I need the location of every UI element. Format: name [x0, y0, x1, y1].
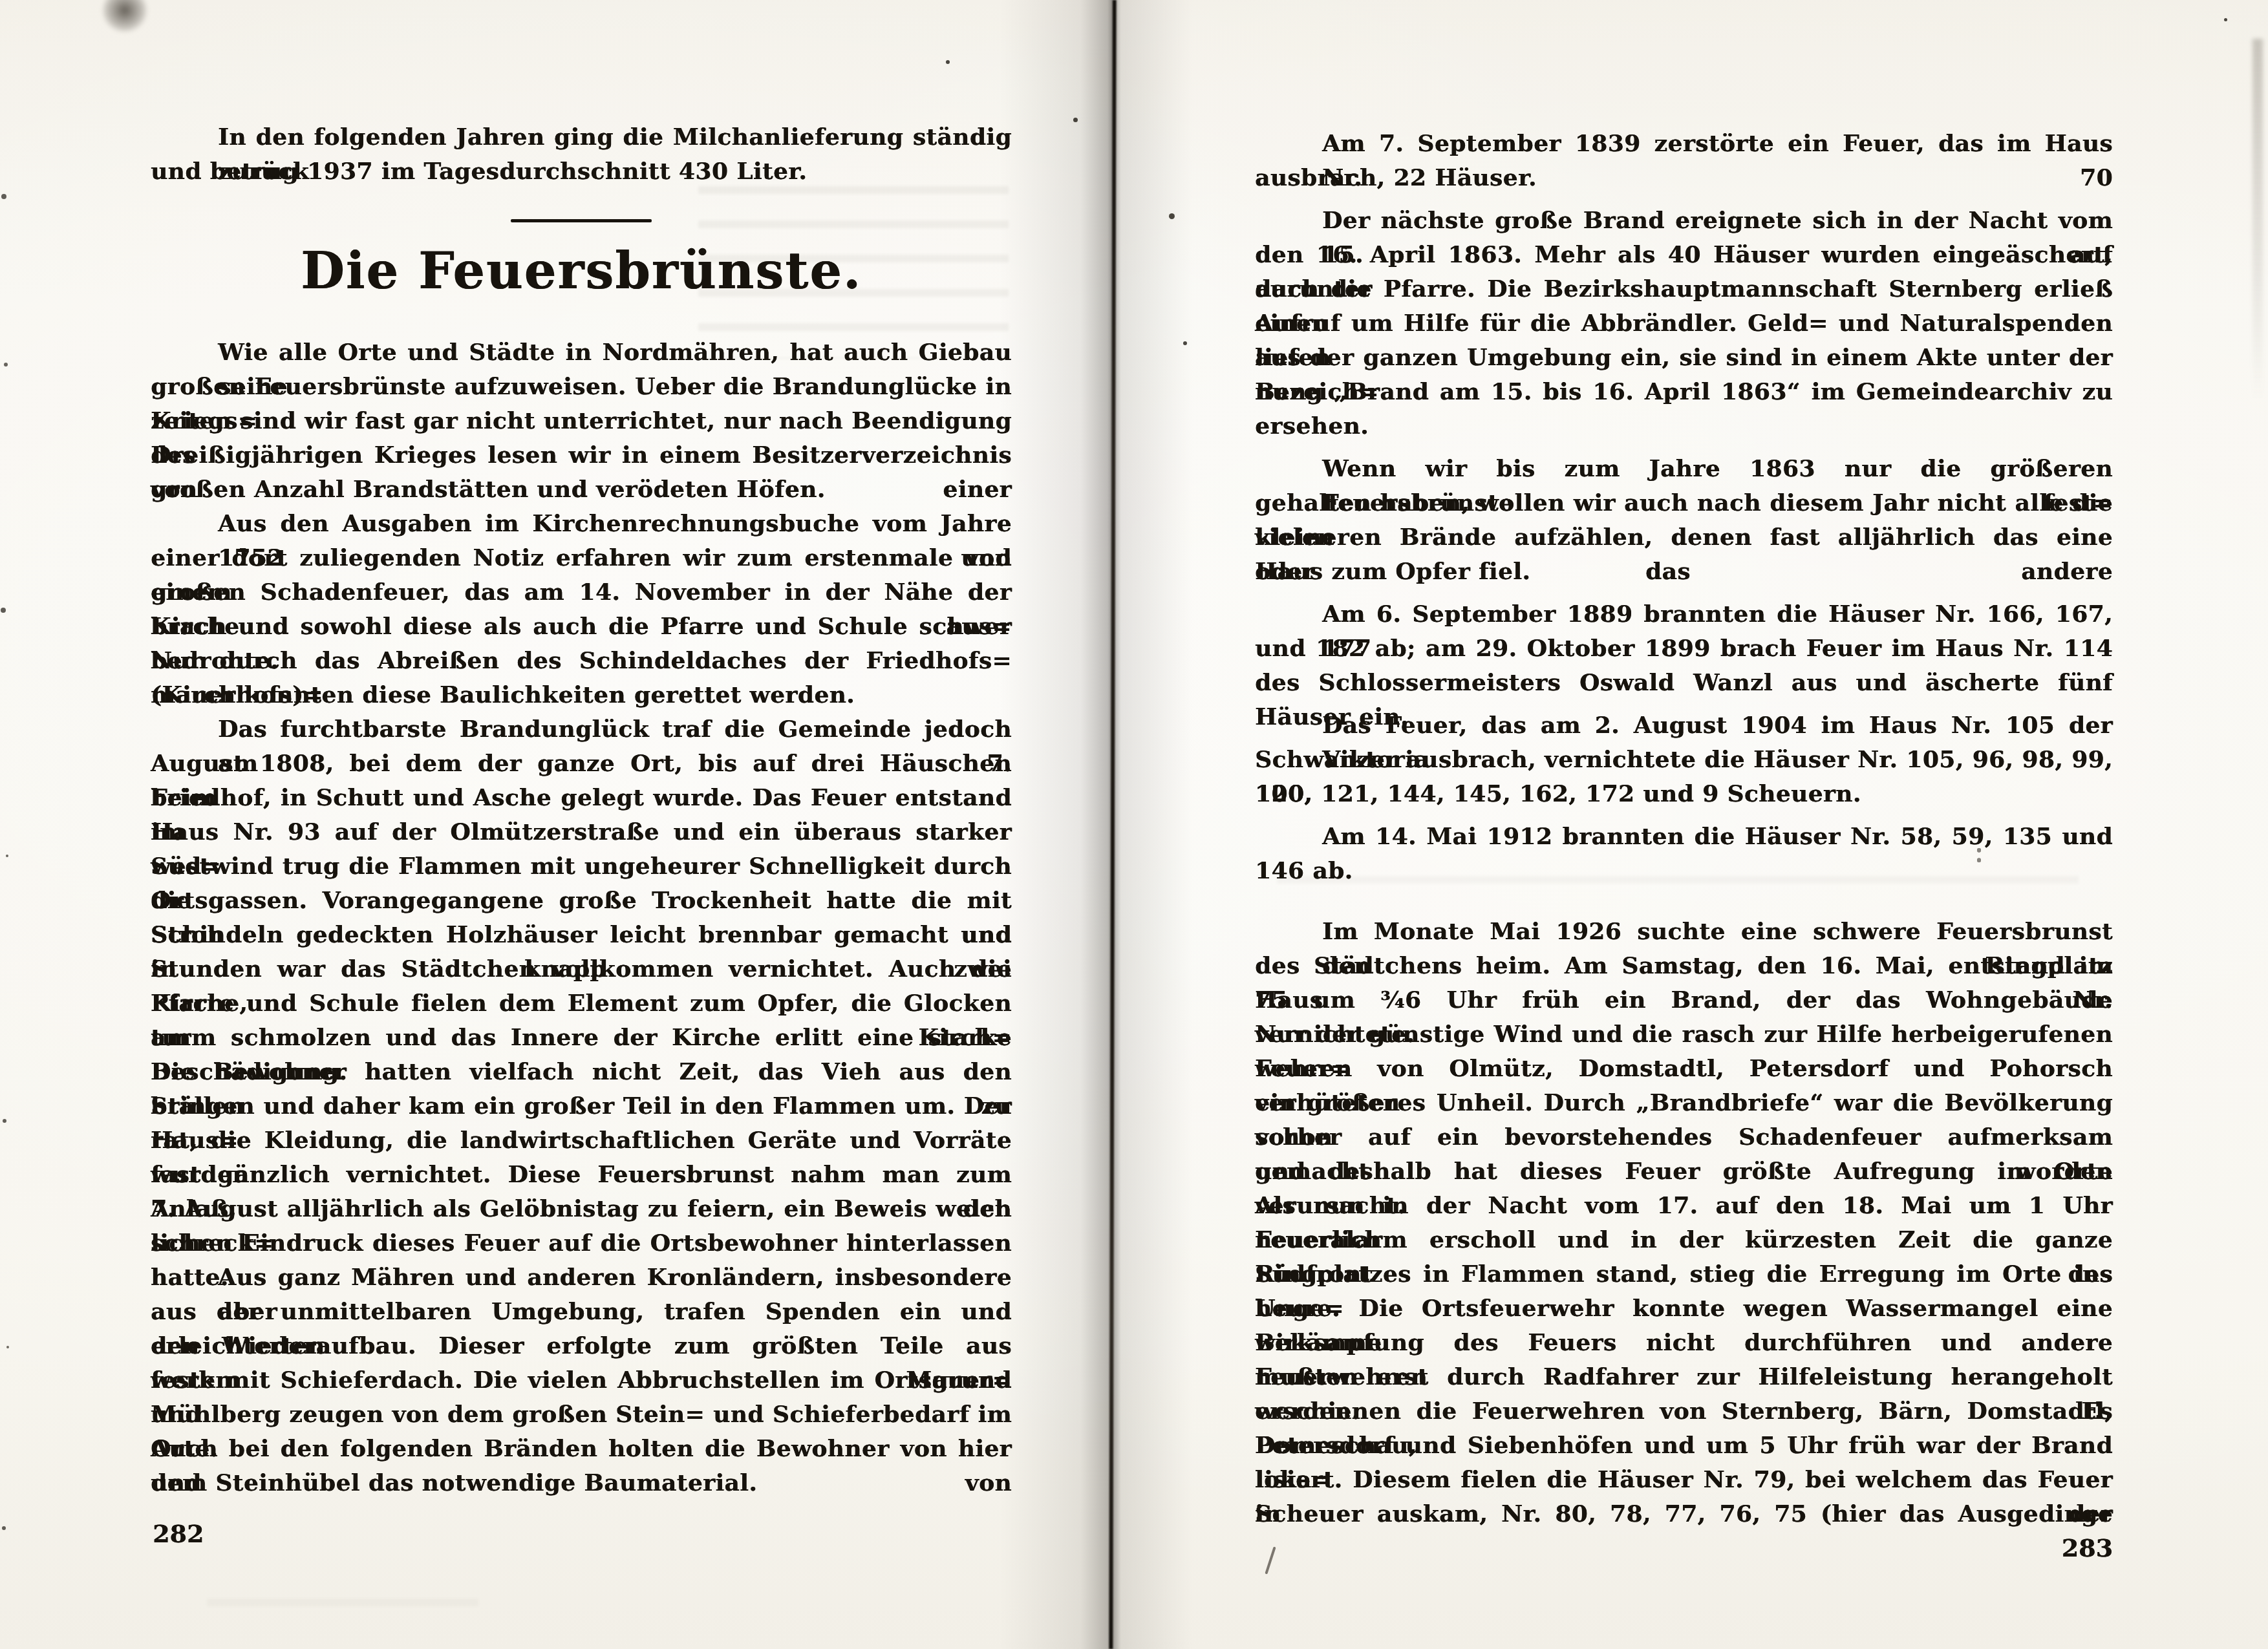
text-line: Am 6. September 1889 brannten die Häuser…	[1255, 597, 2113, 632]
paragraph: Aus ganz Mähren und anderen Kronländern,…	[151, 1261, 1012, 1500]
text-line: wehren von Olmütz, Domstadtl, Petersdorf…	[1255, 1052, 2113, 1086]
paragraph: Das furchtbarste Brandunglück traf die G…	[151, 712, 1012, 1261]
left-page-text-column: In den folgenden Jahren ging die Milchan…	[151, 120, 1012, 1500]
text-line: Schindeln gedeckten Holzhäuser leicht br…	[151, 918, 1012, 952]
text-line: Der nächste große Brand ereignete sich i…	[1255, 204, 2113, 238]
paragraph: Am 14. Mai 1912 brannten die Häuser Nr. …	[1255, 820, 2113, 888]
text-line: brach und sowohl diese als auch die Pfar…	[151, 610, 1012, 644]
text-line: des Städtchens heim. Am Samstag, den 16.…	[1255, 949, 2113, 983]
text-line: lisiert. Diesem fielen die Häuser Nr. 79…	[1255, 1463, 2113, 1497]
text-line: In den folgenden Jahren ging die Milchan…	[151, 120, 1012, 154]
text-line: 120, 121, 144, 145, 162, 172 und 9 Scheu…	[1255, 777, 2113, 811]
text-line: bringen und daher kam ein großer Teil in…	[151, 1089, 1012, 1123]
text-line: zeiten sind wir fast gar nicht unterrich…	[151, 404, 1012, 438]
text-line: werk mit Schieferdach. Die vielen Abbruc…	[151, 1363, 1012, 1398]
page-number-left: 282	[153, 1519, 204, 1548]
text-line: aus der ganzen Umgebung ein, sie sind in…	[1255, 341, 2113, 375]
text-line: Ringplatzes in Flammen stand, stieg die …	[1255, 1257, 2113, 1292]
text-line: mauer konnten diese Baulichkeiten gerett…	[151, 678, 1012, 712]
text-line: mußten erst durch Radfahrer zur Hilfelei…	[1255, 1360, 2113, 1394]
text-line: Das furchtbarste Brandunglück traf die G…	[151, 712, 1012, 747]
text-line: 75 um ¾6 Uhr früh ein Brand, der das Woh…	[1255, 983, 2113, 1017]
text-line: Bekämpfung des Feuers nicht durchführen …	[1255, 1326, 2113, 1360]
text-line: rat, die Kleidung, die landwirtschaftlic…	[151, 1123, 1012, 1158]
paragraph: In den folgenden Jahren ging die Milchan…	[151, 120, 1012, 189]
text-line: Schwanzer ausbrach, vernichtete die Häus…	[1255, 743, 2113, 777]
ink-smudge-top-edge	[102, 0, 147, 32]
left-page-body: Wie alle Orte und Städte in Nordmähren, …	[151, 335, 1012, 1500]
text-line: Friedhof, in Schutt und Asche gelegt wur…	[151, 781, 1012, 815]
text-line: lichen Eindruck dieses Feuer auf die Ort…	[151, 1226, 1012, 1261]
text-line: des Schlossermeisters Oswald Wanzl aus u…	[1255, 666, 2113, 700]
paragraph: Am 6. September 1889 brannten die Häuser…	[1255, 597, 2113, 700]
text-line: 146 ab.	[1255, 854, 2113, 888]
text-line: Aus ganz Mähren und anderen Kronländern,…	[151, 1261, 1012, 1295]
text-line: auch die Pfarre. Die Bezirkshauptmannsch…	[1255, 272, 2113, 306]
text-line: Wie alle Orte und Städte in Nordmähren, …	[151, 335, 1012, 370]
text-line: Stunden war das Städtchen vollkommen ver…	[151, 952, 1012, 986]
text-line: August 1808, bei dem der ganze Ort, bis …	[151, 747, 1012, 781]
left-page-intro: In den folgenden Jahren ging die Milchan…	[151, 120, 1012, 189]
paragraph: Aus den Ausgaben im Kirchenrechnungsbuch…	[151, 507, 1012, 712]
right-page-body: Am 7. September 1839 zerstörte ein Feuer…	[1255, 127, 2113, 1531]
paragraph: Im Monate Mai 1926 suchte eine schwere F…	[1255, 915, 2113, 1531]
text-line: Am 14. Mai 1912 brannten die Häuser Nr. …	[1255, 820, 2113, 854]
text-line: Wenn wir bis zum Jahre 1863 nur die größ…	[1255, 452, 2113, 486]
text-line: nung „Brand am 15. bis 16. April 1863“ i…	[1255, 375, 2113, 409]
paragraph: Das Feuer, das am 2. August 1904 im Haus…	[1255, 708, 2113, 811]
text-line: den 16. April 1863. Mehr als 40 Häuser w…	[1255, 238, 2113, 272]
text-line: Haus Nr. 93 auf der Olmützerstraße und e…	[151, 815, 1012, 849]
text-line: vorher auf ein bevorstehendes Schadenfeu…	[1255, 1120, 2113, 1154]
right-edge-shadow-streak	[2252, 39, 2263, 401]
dust-speck	[946, 60, 950, 64]
bleed-through-smudge	[207, 1577, 478, 1616]
gutter-shadow	[999, 0, 1193, 1649]
text-line: ein größeres Unheil. Durch „Brandbriefe“…	[1255, 1086, 2113, 1120]
text-line: gehalten haben, wollen wir auch nach die…	[1255, 486, 2113, 520]
paragraph: Der nächste große Brand ereignete sich i…	[1255, 204, 2113, 443]
text-line: Feueralarm erscholl und in der kürzesten…	[1255, 1223, 2113, 1257]
text-line: Petersdorf und Siebenhöfen und um 5 Uhr …	[1255, 1429, 2113, 1463]
dust-speck	[1073, 118, 1078, 122]
text-line: heure. Die Ortsfeuerwehr konnte wegen Wa…	[1255, 1292, 2113, 1326]
text-line: und betrug 1937 im Tagesdurchschnitt 430…	[151, 154, 1012, 189]
text-line: aus der unmittelbaren Umgebung, trafen S…	[151, 1295, 1012, 1329]
text-line: Aufruf um Hilfe für die Abbrändler. Geld…	[1255, 306, 2113, 341]
text-line: und deshalb hat dieses Feuer größte Aufr…	[1255, 1154, 2113, 1189]
text-line: kleineren Brände aufzählen, denen fast a…	[1255, 520, 2113, 555]
text-line: erschienen die Feuerwehren von Sternberg…	[1255, 1394, 2113, 1429]
text-line: westwind trug die Flammen mit ungeheurer…	[151, 849, 1012, 884]
section-divider-rule	[511, 219, 652, 222]
text-line: Nur der günstige Wind und die rasch zur …	[1255, 1017, 2113, 1052]
text-line: den Wiederaufbau. Dieser erfolgte zum gr…	[151, 1329, 1012, 1363]
text-line: Dreißigjährigen Krieges lesen wir in ein…	[151, 438, 1012, 473]
dust-speck	[2224, 18, 2227, 21]
text-line: fast gänzlich vernichtet. Diese Feuersbr…	[151, 1158, 1012, 1192]
right-page-text-column: Am 7. September 1839 zerstörte ein Feuer…	[1255, 127, 2113, 1531]
dust-speck	[1169, 213, 1175, 219]
text-line: Im Monate Mai 1926 suchte eine schwere F…	[1255, 915, 2113, 949]
text-line: Scheuer auskam, Nr. 80, 78, 77, 76, 75 (…	[1255, 1497, 2113, 1531]
text-line: großen Schadenfeuer, das am 14. November…	[151, 575, 1012, 610]
text-line: und 182 ab; am 29. Oktober 1899 brach Fe…	[1255, 632, 2113, 666]
paragraph: Wenn wir bis zum Jahre 1863 nur die größ…	[1255, 452, 2113, 589]
paragraph: Wie alle Orte und Städte in Nordmähren, …	[151, 335, 1012, 507]
text-line: 7. August alljährlich als Gelöbnistag zu…	[151, 1192, 1012, 1226]
text-line: Nur durch das Abreißen des Schindeldache…	[151, 644, 1012, 678]
text-line: Mühlberg zeugen von dem großen Stein= un…	[151, 1398, 1012, 1432]
dust-speck	[1183, 341, 1187, 345]
paragraph: Am 7. September 1839 zerstörte ein Feuer…	[1255, 127, 2113, 195]
left-edge-specks	[1, 194, 6, 199]
text-line: turm schmolzen und das Innere der Kirche…	[151, 1021, 1012, 1055]
text-line: einer dort zuliegenden Notiz erfahren wi…	[151, 541, 1012, 575]
text-line: Aus den Ausgaben im Kirchenrechnungsbuch…	[151, 507, 1012, 541]
page-number-right: 283	[1255, 1533, 2113, 1562]
text-line: Am 7. September 1839 zerstörte ein Feuer…	[1255, 127, 2113, 161]
text-line: Als nun in der Nacht vom 17. auf den 18.…	[1255, 1189, 2113, 1223]
text-line: ersehen.	[1255, 409, 2113, 443]
text-line: Auch bei den folgenden Bränden holten di…	[151, 1432, 1012, 1466]
chapter-heading: Die Feuersbrünste.	[151, 240, 1012, 302]
text-line: Pfarre und Schule fielen dem Element zum…	[151, 986, 1012, 1021]
text-line: Das Feuer, das am 2. August 1904 im Haus…	[1255, 708, 2113, 743]
text-line: Ortsgassen. Vorangegangene große Trocken…	[151, 884, 1012, 918]
text-line: Die Bewohner hatten vielfach nicht Zeit,…	[151, 1055, 1012, 1089]
text-line: großen Feuersbrünste aufzuweisen. Ueber …	[151, 370, 1012, 404]
book-spread-scan: In den folgenden Jahren ging die Milchan…	[0, 0, 2268, 1649]
